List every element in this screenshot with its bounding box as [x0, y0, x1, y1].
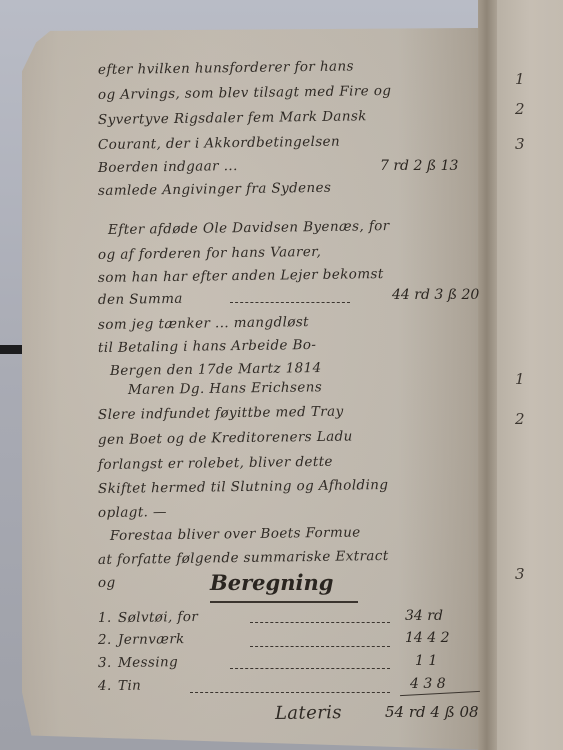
leader-dashes [250, 622, 390, 623]
leader-dashes [230, 668, 390, 669]
calc-row-label: Tin [118, 678, 141, 694]
text-line: Courant, der i Akkordbetingelsen [98, 134, 340, 153]
text-line: den Summa [98, 291, 183, 308]
text-line: som jeg tænker ... mangdløst [98, 314, 309, 333]
text-line: og [98, 575, 116, 591]
total-value: 54 rd 4 ß 08 [385, 703, 479, 721]
text-line: oplagt. — [98, 504, 167, 521]
text-line: til Betaling i hans Arbeide Bo- [98, 337, 317, 356]
line-amount: 44 rd 3 ß 20 [392, 287, 479, 303]
total-label: Lateris [275, 702, 342, 724]
margin-mark: 3 [515, 135, 525, 153]
text-line: Slere indfundet føyittbe med Tray [98, 404, 344, 423]
calc-row-value: 34 rd [405, 608, 443, 624]
margin-mark: 1 [515, 70, 525, 88]
margin-mark: 1 [515, 370, 525, 388]
calculation-heading: Beregning [210, 570, 333, 595]
calc-row-label: Sølvtøi, for [118, 609, 198, 626]
next-page-edge: 1 2 3 1 2 3 [497, 0, 563, 750]
leader-dashes [250, 646, 390, 647]
text-line: Boerden indgaar ... [98, 158, 238, 176]
calc-row-number: 2. [98, 632, 112, 648]
margin-mark: 3 [515, 565, 525, 583]
text-line: samlede Angivinger fra Sydenes [98, 180, 332, 199]
calc-row-number: 1. [98, 610, 112, 626]
text-line: forlangst er rolebet, bliver dette [98, 454, 333, 473]
calc-row-value: 14 4 2 [405, 630, 450, 646]
calc-row-number: 4. [98, 678, 112, 694]
line-amount: 7 rd 2 ß 13 [380, 158, 458, 174]
calc-row-value: 4 3 8 [410, 676, 446, 692]
calc-row-value: 1 1 [415, 653, 437, 669]
text-line: Bergen den 17de Martz 1814 [110, 360, 322, 379]
text-line: Maren Dg. Hans Erichsens [128, 379, 322, 398]
heading-underline [210, 601, 358, 603]
margin-mark: 2 [515, 410, 525, 428]
margin-mark: 2 [515, 100, 525, 118]
leader-dashes [190, 692, 390, 693]
background-dark-strip [0, 345, 24, 354]
leader-dashes [230, 302, 350, 303]
calc-row-label: Messing [118, 654, 178, 671]
text-line: og af forderen for hans Vaarer, [98, 244, 321, 263]
calc-row-label: Jernværk [118, 631, 185, 648]
calc-row-number: 3. [98, 655, 112, 671]
